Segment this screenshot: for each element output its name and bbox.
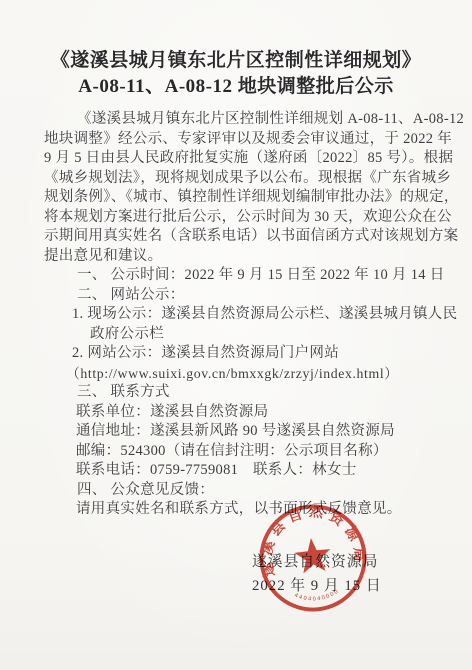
signature-block: 遂溪县自然资源局 2022 年 9 月 15 日	[252, 551, 382, 598]
notice-url: （http://www.suixi.gov.cn/bmxxgk/zrzyj/in…	[44, 364, 436, 384]
body-line: 请用真实姓名和联系方式，以书面形式反馈意见。	[44, 500, 436, 520]
body-line: 示期间用真实姓名（含联系电话）以书面信函方式对该规划方案	[44, 227, 436, 247]
body-line: 政府公示栏	[44, 325, 436, 345]
body-line: 提出意见和建议。	[44, 247, 436, 267]
document-title: 《遂溪县城月镇东北片区控制性详细规划》 A-08-11、A-08-12 地块调整…	[0, 48, 472, 100]
body-line: 9 月 5 日由县人民政府批复实施（遂府函〔2022〕85 号）。根据	[44, 149, 436, 169]
body-line: 《遂溪县城月镇东北片区控制性详细规划 A-08-11、A-08-12	[44, 110, 436, 130]
title-line-2: A-08-11、A-08-12 地块调整批后公示	[0, 74, 472, 100]
body-line: 1. 现场公示：遂溪县自然资源局公示栏、遂溪县城月镇人民	[44, 305, 436, 325]
title-line-1: 《遂溪县城月镇东北片区控制性详细规划》	[0, 48, 472, 74]
section-item-3: 三、 联系方式	[44, 383, 436, 403]
contact-postcode: 邮编：524300（请在信封注明：公示项目名称）	[44, 442, 436, 462]
body-line: 规划条例》、《城市、镇控制性详细规划编制审批办法》的规定，	[44, 188, 436, 208]
body-line: 《城乡规划法》，现将规划成果予以公布。现根据《广东省城乡	[44, 169, 436, 189]
body-line: 将本规划方案进行批后公示，公示时间为 30 天，欢迎公众在公	[44, 208, 436, 228]
signature-org: 遂溪县自然资源局	[252, 551, 382, 575]
body-line: 2. 网站公示：遂溪县自然资源局门户网站	[44, 344, 436, 364]
body-line: 地块调整》经公示、专家评审以及规委会审议通过，于 2022 年	[44, 130, 436, 150]
contact-phone: 联系电话：0759-7759081 联系人：林女士	[44, 461, 436, 481]
contact-address: 通信地址：遂溪县新风路 90 号遂溪县自然资源局	[44, 422, 436, 442]
section-item-2: 二、 网站公示：	[44, 286, 436, 306]
scanned-notice-page: 《遂溪县城月镇东北片区控制性详细规划》 A-08-11、A-08-12 地块调整…	[0, 0, 472, 670]
section-item-4: 四、 公众意见反馈：	[44, 481, 436, 501]
section-item-1: 一、 公示时间：2022 年 9 月 15 日至 2022 年 10 月 14 …	[44, 266, 436, 286]
body-text: 《遂溪县城月镇东北片区控制性详细规划 A-08-11、A-08-12 地块调整》…	[44, 110, 436, 520]
signature-date: 2022 年 9 月 15 日	[252, 575, 382, 599]
contact-unit: 联系单位：遂溪县自然资源局	[44, 403, 436, 423]
